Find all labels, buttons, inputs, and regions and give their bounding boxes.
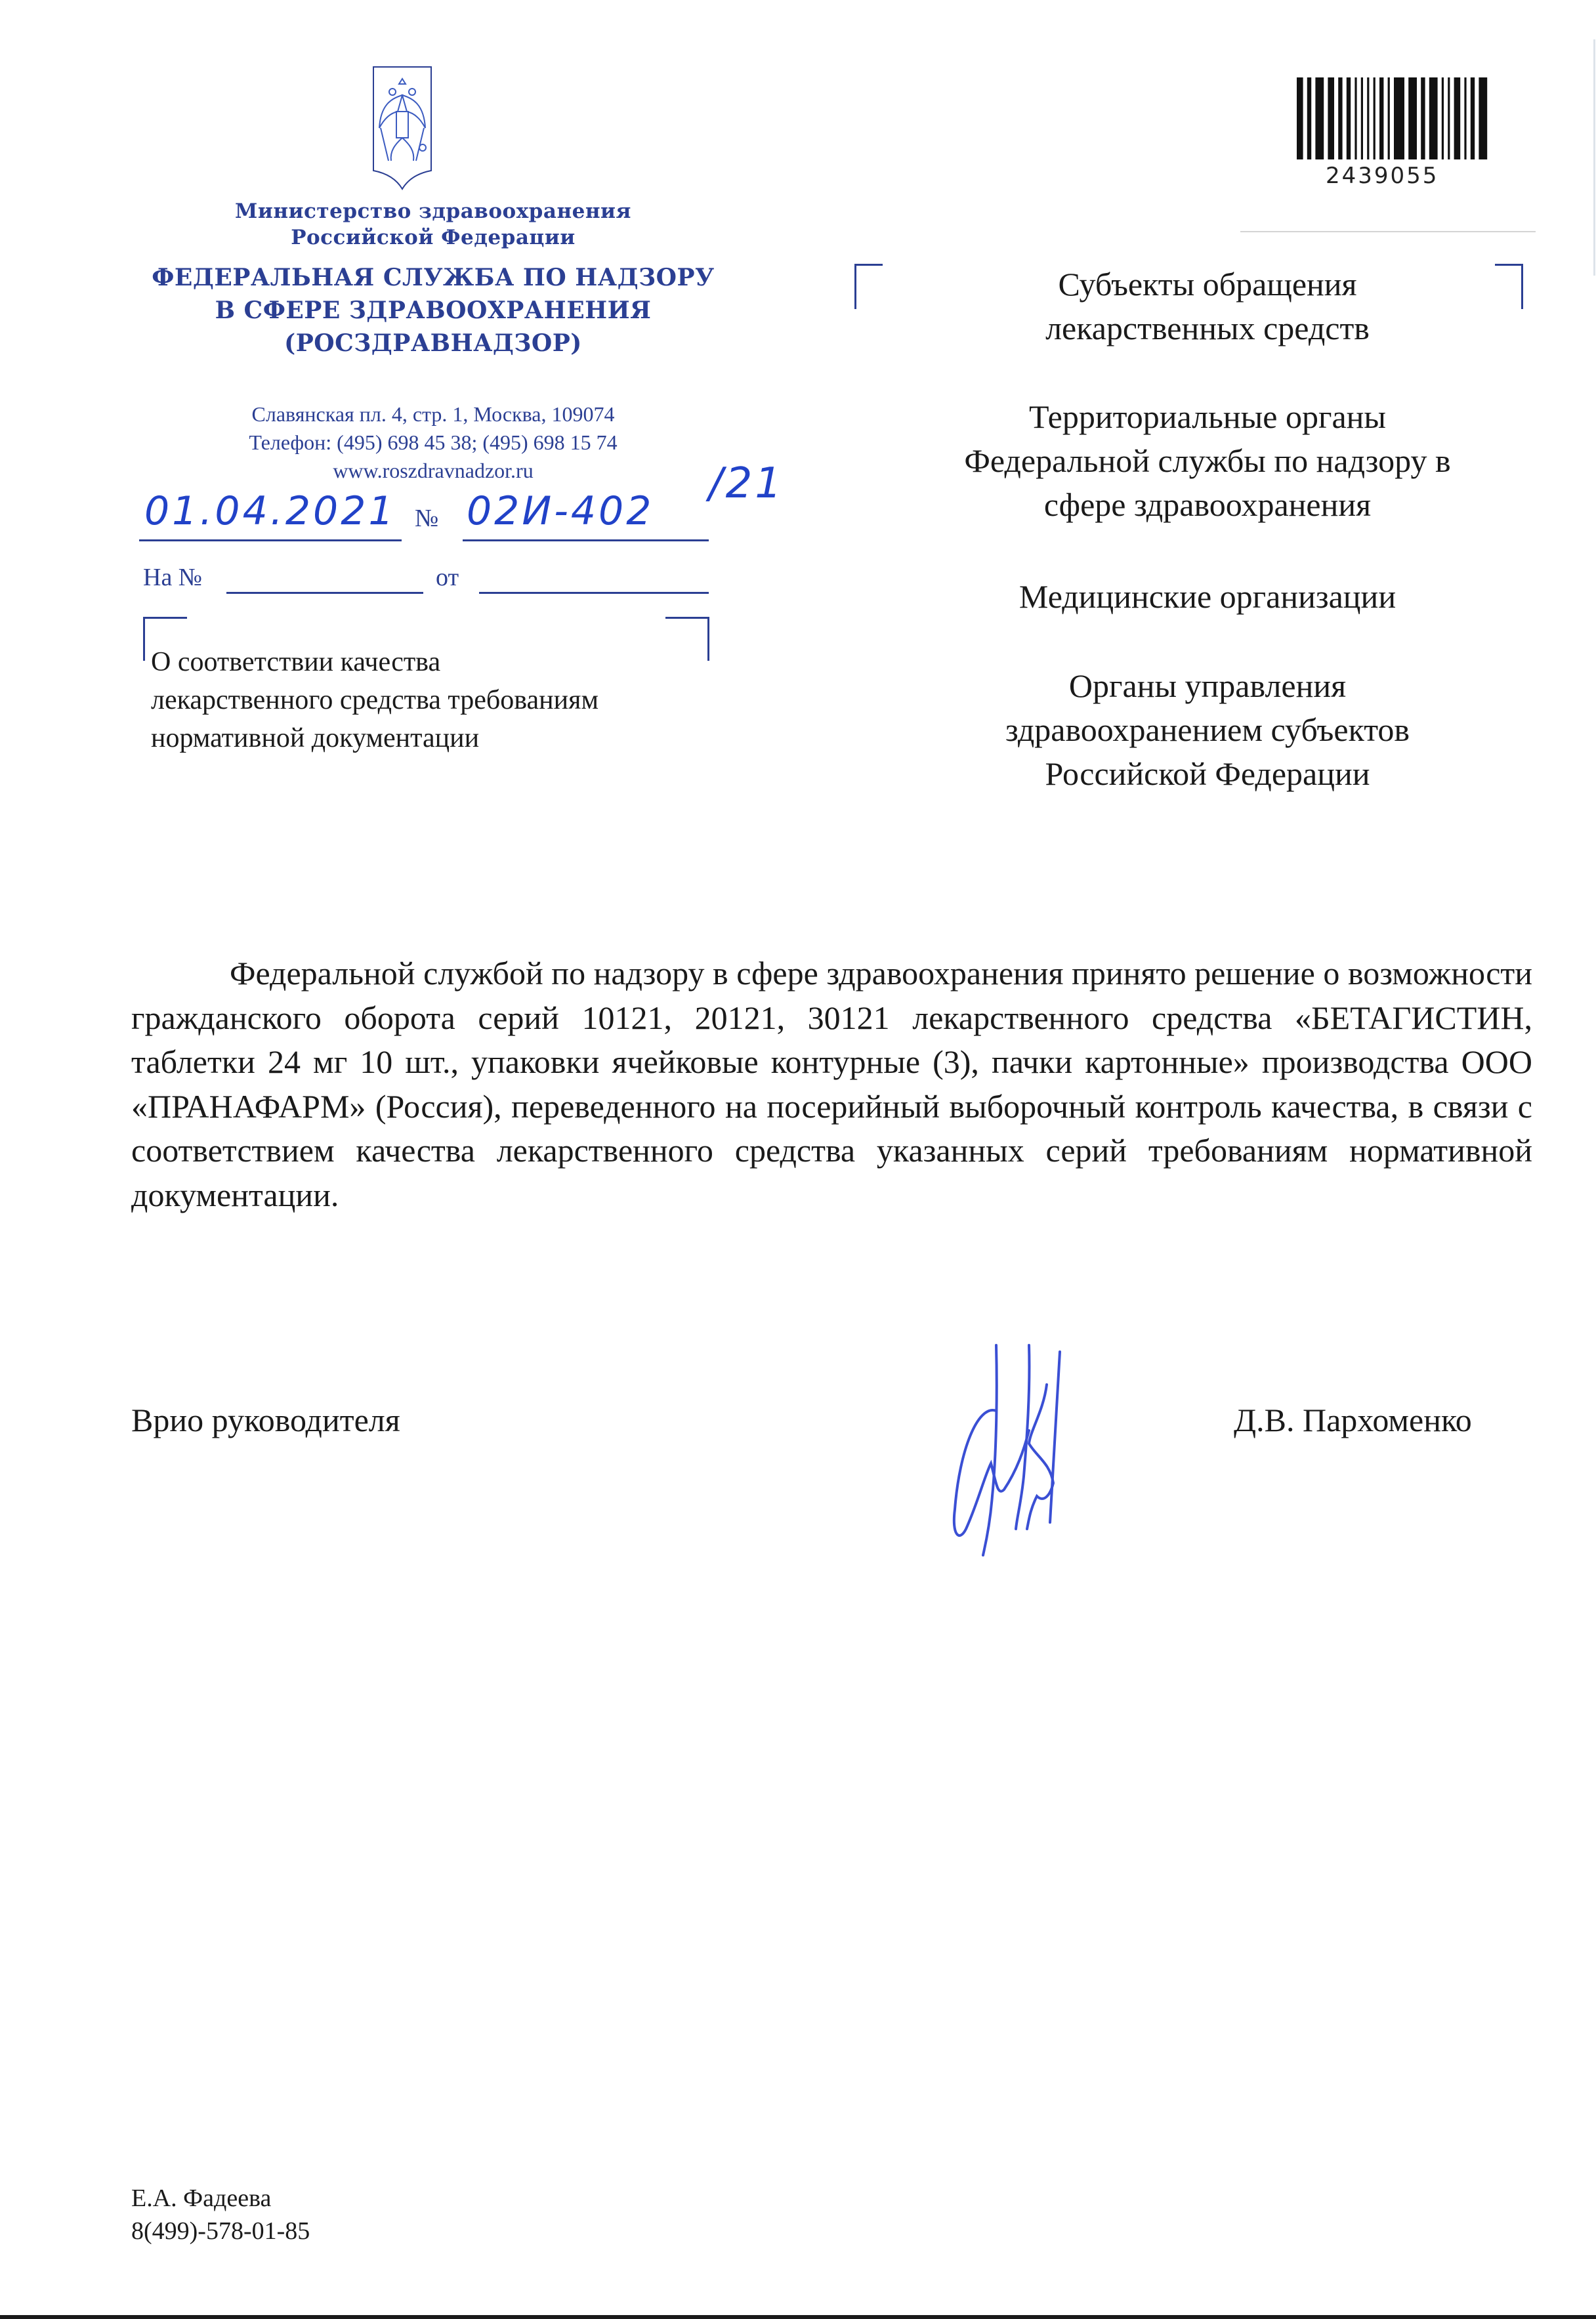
- signature-icon: [919, 1339, 1129, 1562]
- ministry-name: Министерство здравоохранения Российской …: [131, 198, 735, 251]
- signatory-title: Врио руководителя: [131, 1401, 400, 1439]
- service-line: В СФЕРЕ ЗДРАВООХРАНЕНИЯ: [131, 294, 735, 327]
- executor-phone: 8(499)-578-01-85: [131, 2215, 310, 2247]
- addressee-line: Органы управления: [879, 664, 1536, 708]
- executor-name: Е.А. Фадеева: [131, 2182, 310, 2215]
- barcode-number: 2439055: [1326, 163, 1438, 189]
- service-line: ФЕДЕРАЛЬНАЯ СЛУЖБА ПО НАДЗОРУ: [131, 261, 735, 294]
- reply-to-label: На №: [143, 563, 202, 592]
- addressee-line: Территориальные органы: [879, 395, 1536, 439]
- letterhead-contacts: Славянская пл. 4, стр. 1, Москва, 109074…: [131, 400, 735, 485]
- addressee-line: Медицинские организации: [879, 575, 1536, 619]
- addressee-line: Российской Федерации: [879, 752, 1536, 796]
- addressee-block: Территориальные органы Федеральной служб…: [879, 395, 1536, 527]
- subject-line: лекарственного средства требованиям: [151, 681, 715, 719]
- number-sign: №: [415, 504, 438, 533]
- signatory-name: Д.В. Пархоменко: [1234, 1401, 1472, 1439]
- address: Славянская пл. 4, стр. 1, Москва, 109074: [131, 400, 735, 428]
- ministry-line: Министерство здравоохранения: [131, 198, 735, 224]
- coat-of-arms-emblem: [371, 66, 433, 190]
- letter-subject: О соответствии качества лекарственного с…: [151, 643, 715, 757]
- divider: [1240, 231, 1536, 232]
- from-date-field[interactable]: [479, 563, 709, 594]
- reply-to-number-field[interactable]: [226, 563, 423, 594]
- handwritten-signature: [919, 1339, 1129, 1562]
- addressee-block: Субъекты обращения лекарственных средств: [879, 262, 1536, 350]
- barcode-icon: [1294, 77, 1491, 163]
- letter-body: Федеральной службой по надзору в сфере з…: [131, 951, 1532, 1217]
- phone: Телефон: (495) 698 45 38; (495) 698 15 7…: [131, 428, 735, 457]
- registration-number: 02И-402: [467, 488, 654, 534]
- addressee-bracket-left: [854, 264, 883, 309]
- ministry-line: Российской Федерации: [131, 224, 735, 251]
- subject-line: нормативной документации: [151, 719, 715, 757]
- addressee-line: лекарственных средств: [879, 306, 1536, 350]
- addressee-line: Субъекты обращения: [879, 262, 1536, 306]
- registration-number-field[interactable]: 02И-402: [463, 492, 709, 541]
- addressee-block: Медицинские организации: [879, 575, 1536, 619]
- double-headed-eagle-icon: [371, 66, 433, 190]
- addressee-line: сферe здравоохранения: [879, 483, 1536, 527]
- barcode: [1294, 77, 1491, 163]
- subject-line: О соответствии качества: [151, 643, 715, 681]
- registration-date-field[interactable]: 01.04.2021: [139, 492, 402, 541]
- addressee-line: Федеральной службы по надзору в: [879, 439, 1536, 483]
- from-label: от: [436, 563, 459, 592]
- registration-date: 01.04.2021: [144, 488, 396, 534]
- service-line: (РОСЗДРАВНАДЗОР): [131, 327, 735, 360]
- website-link[interactable]: www.roszdravnadzor.ru: [131, 457, 735, 485]
- service-name: ФЕДЕРАЛЬНАЯ СЛУЖБА ПО НАДЗОРУ В СФЕРЕ ЗД…: [131, 261, 735, 360]
- scan-edge: [1593, 39, 1595, 276]
- scan-bottom-band: [0, 2315, 1596, 2319]
- registration-number-suffix: /21: [709, 459, 784, 508]
- executor-info: Е.А. Фадеева 8(499)-578-01-85: [131, 2182, 310, 2247]
- addressee-block: Органы управления здравоохранением субъе…: [879, 664, 1536, 796]
- addressee-line: здравоохранением субъектов: [879, 708, 1536, 752]
